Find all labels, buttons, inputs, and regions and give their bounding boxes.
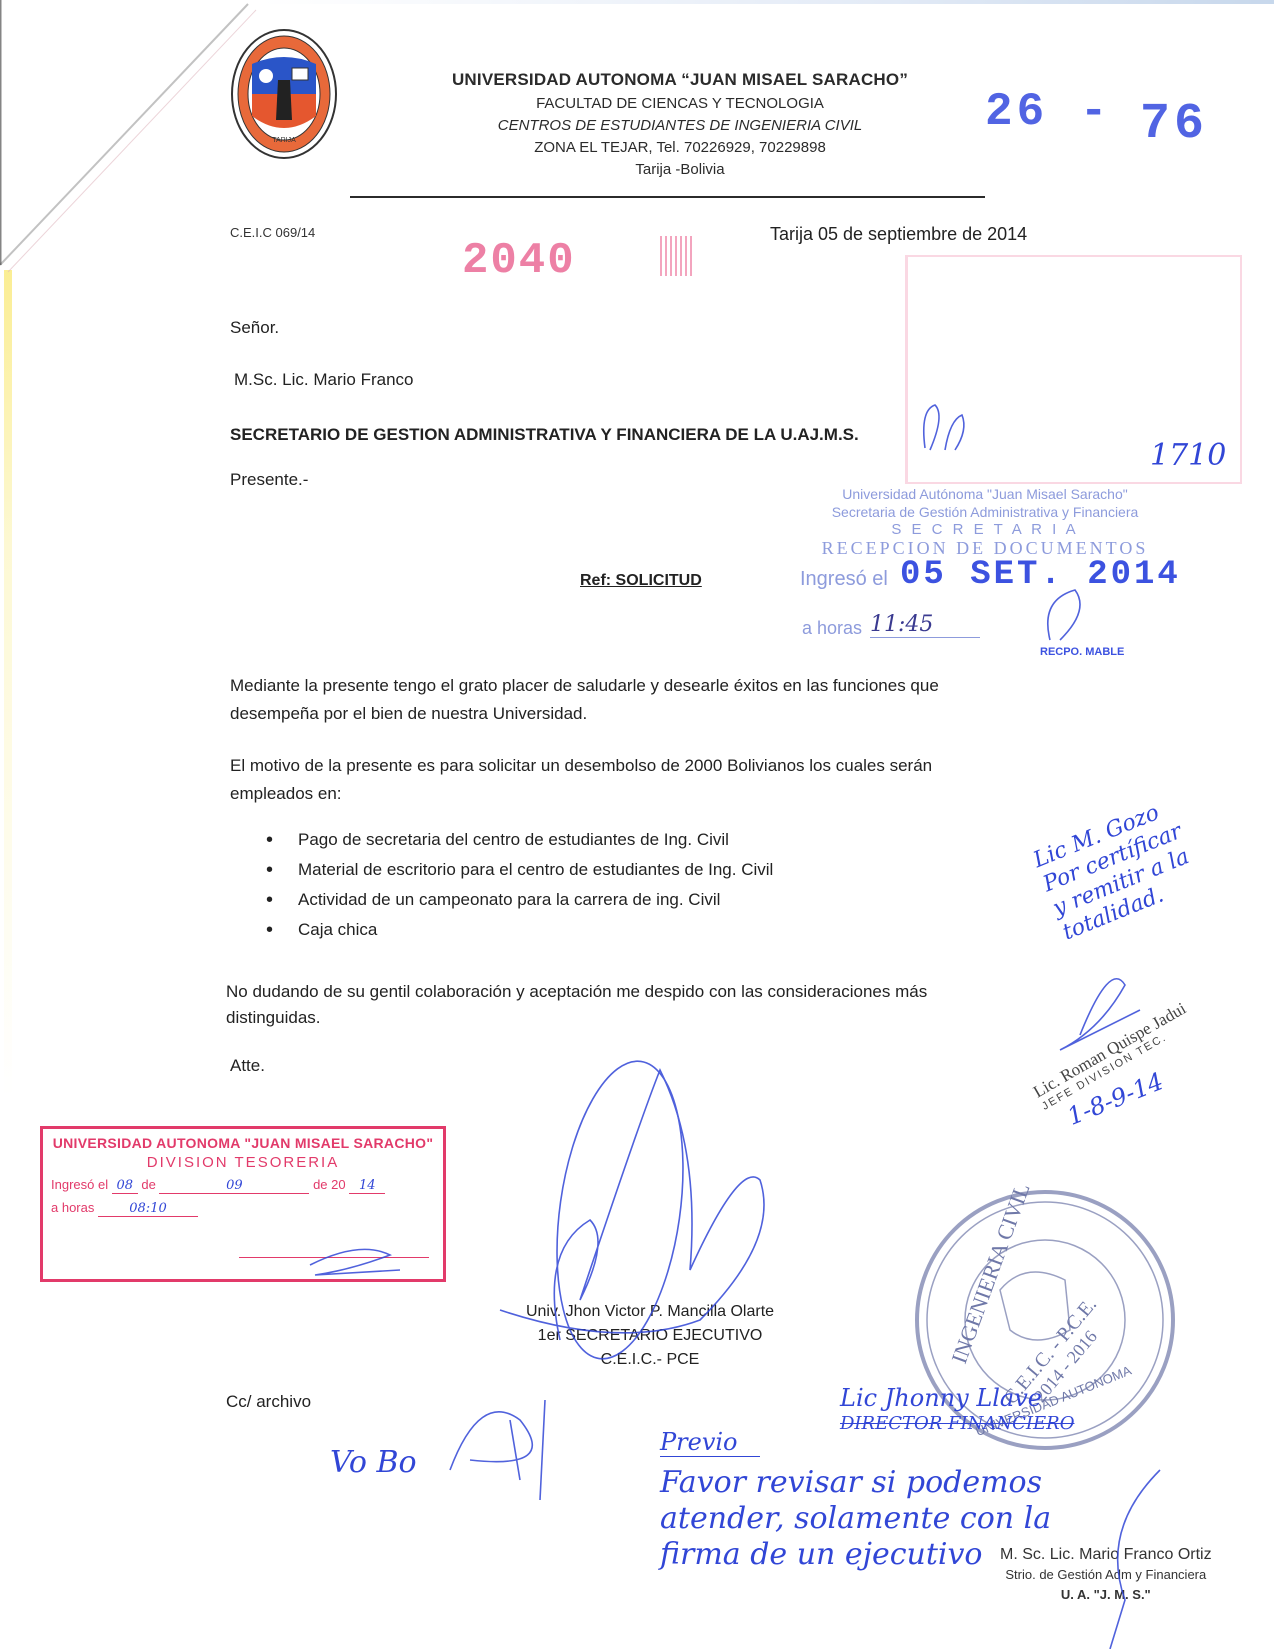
secretary-stamp: M. Sc. Lic. Mario Franco Ortiz Strio. de… xyxy=(1000,1545,1212,1605)
closing-line1: No dudando de su gentil colaboración y a… xyxy=(226,982,927,1002)
university-logo: TARIJA xyxy=(230,28,338,160)
vobo-note: Vo Bo xyxy=(330,1445,417,1480)
list-item: Material de escritorio para el centro de… xyxy=(260,860,773,890)
tesoreria-year: 14 xyxy=(349,1178,385,1194)
director-note-body: Favor revisar si podemos atender, solame… xyxy=(660,1465,1051,1573)
note-line: DIRECTOR FINANCIERO xyxy=(840,1411,1074,1437)
stamp-line: Strio. de Gestión Adm y Financiera xyxy=(1000,1565,1212,1585)
paragraph2-line2: empleados en: xyxy=(230,784,342,804)
tesoreria-time-row: a horas 08:10 xyxy=(51,1200,443,1217)
svg-text:INGENIERIA CIVIL: INGENIERIA CIVIL xyxy=(946,1180,1034,1367)
list-item: Pago de secretaria del centro de estudia… xyxy=(260,830,773,860)
reference-code: C.E.I.C 069/14 xyxy=(230,225,315,240)
ingreso-label: Ingresó el xyxy=(51,1177,108,1192)
de-label: de xyxy=(141,1177,155,1192)
register-number-stamp: 2040 xyxy=(462,236,576,286)
tesoreria-division: DIVISION TESORERIA xyxy=(43,1154,443,1171)
reception-ingreso-label: Ingresó el xyxy=(800,568,888,591)
reception-signature xyxy=(1048,590,1080,640)
center-name: CENTROS DE ESTUDIANTES DE INGENIERIA CIV… xyxy=(420,117,940,134)
atte: Atte. xyxy=(230,1056,265,1076)
reception-horas-label: a horas xyxy=(802,618,862,639)
signature-block: Univ. Jhon Victor P. Mancilla Olarte 1er… xyxy=(480,1300,820,1372)
salutation: Señor. xyxy=(230,318,279,338)
list-item: Actividad de un campeonato para la carre… xyxy=(260,890,773,920)
faculty-name: FACULTAD DE CIENCAS Y TECNOLOGIA xyxy=(420,95,940,112)
university-name: UNIVERSIDAD AUTONOMA “JUAN MISAEL SARACH… xyxy=(420,70,940,90)
scan-top-edge xyxy=(260,0,1274,4)
city: Tarija -Bolivia xyxy=(420,161,940,178)
svg-text:TARIJA: TARIJA xyxy=(272,137,296,144)
reception-footer: RECPO. MABLE xyxy=(1040,646,1124,658)
presente: Presente.- xyxy=(230,470,308,490)
tesoreria-time: 08:10 xyxy=(98,1201,198,1217)
paragraph1-line1: Mediante la presente tengo el grato plac… xyxy=(230,676,939,696)
horas-label: a horas xyxy=(51,1200,94,1215)
expense-list: Pago de secretaria del centro de estudia… xyxy=(260,830,773,950)
signer-role: 1er SECRETARIO EJECUTIVO xyxy=(480,1324,820,1348)
letter-date: Tarija 05 de septiembre de 2014 xyxy=(770,224,1027,245)
tesoreria-date-row: Ingresó el 08 de 09 de 20 14 xyxy=(51,1177,443,1194)
signer-org: C.E.I.C.- PCE xyxy=(480,1348,820,1372)
reception-line4: RECEPCION DE DOCUMENTOS xyxy=(780,539,1190,557)
page-number-stamp-left: 26 - xyxy=(985,86,1111,138)
vobo-signature xyxy=(450,1400,545,1500)
cc-archivo: Cc/ archivo xyxy=(226,1392,311,1412)
reception-line1: Universidad Autónoma "Juan Misael Sarach… xyxy=(780,485,1190,503)
recipient-name: M.Sc. Lic. Mario Franco xyxy=(234,370,414,390)
tesoreria-month: 09 xyxy=(159,1178,309,1194)
note-line: atender, solamente con la xyxy=(660,1501,1051,1537)
margin-handwritten-note: Lic M. Gozo Por certíficar y remitir a l… xyxy=(1030,795,1205,947)
previo-note: Previo xyxy=(660,1428,760,1457)
reception-blue-stamp: Universidad Autónoma "Juan Misael Sarach… xyxy=(780,485,1190,557)
recipient-title: SECRETARIO DE GESTION ADMINISTRATIVA Y F… xyxy=(230,425,859,445)
reception-line3: S E C R E T A R I A xyxy=(780,521,1190,539)
paragraph1-line2: desempeña por el bien de nuestra Univers… xyxy=(230,704,587,724)
note-line: Favor revisar si podemos xyxy=(660,1465,1051,1501)
signature-line xyxy=(239,1257,429,1258)
address: ZONA EL TEJAR, Tel. 70226929, 70229898 xyxy=(420,139,940,156)
note-line: Lic Jhonny Llave xyxy=(840,1385,1074,1411)
letterhead: UNIVERSIDAD AUTONOMA “JUAN MISAEL SARACH… xyxy=(420,70,940,178)
folded-corner-shadow xyxy=(0,0,260,290)
signer-name: Univ. Jhon Victor P. Mancilla Olarte xyxy=(480,1300,820,1324)
barcode-stamp xyxy=(660,236,692,276)
reception-line2: Secretaria de Gestión Administrativa y F… xyxy=(780,503,1190,521)
closing-line2: distinguidas. xyxy=(226,1008,321,1028)
list-item: Caja chica xyxy=(260,920,773,950)
scan-left-edge xyxy=(4,270,12,1649)
tesoreria-day: 08 xyxy=(112,1178,138,1194)
ref-subject: Ref: SOLICITUD xyxy=(580,572,702,590)
note-line: firma de un ejecutivo xyxy=(660,1537,1051,1573)
header-divider xyxy=(350,196,985,198)
tesoreria-stamp: UNIVERSIDAD AUTONOMA "JUAN MISAEL SARACH… xyxy=(40,1126,446,1282)
handwritten-register-number: 1710 xyxy=(1150,438,1226,473)
reception-date: 05 SET. 2014 xyxy=(900,556,1181,594)
paragraph2-line1: El motivo de la presente es para solicit… xyxy=(230,756,932,776)
stamp-line: M. Sc. Lic. Mario Franco Ortiz xyxy=(1000,1545,1212,1565)
director-note-header: Lic Jhonny Llave DIRECTOR FINANCIERO xyxy=(840,1385,1074,1437)
stamp-line: U. A. "J. M. S." xyxy=(1000,1585,1212,1605)
year-label: de 20 xyxy=(313,1177,346,1192)
page-number-stamp-right: 76 xyxy=(1140,96,1208,153)
tesoreria-title: UNIVERSIDAD AUTONOMA "JUAN MISAEL SARACH… xyxy=(43,1135,443,1151)
reception-time: 11:45 xyxy=(870,612,980,638)
